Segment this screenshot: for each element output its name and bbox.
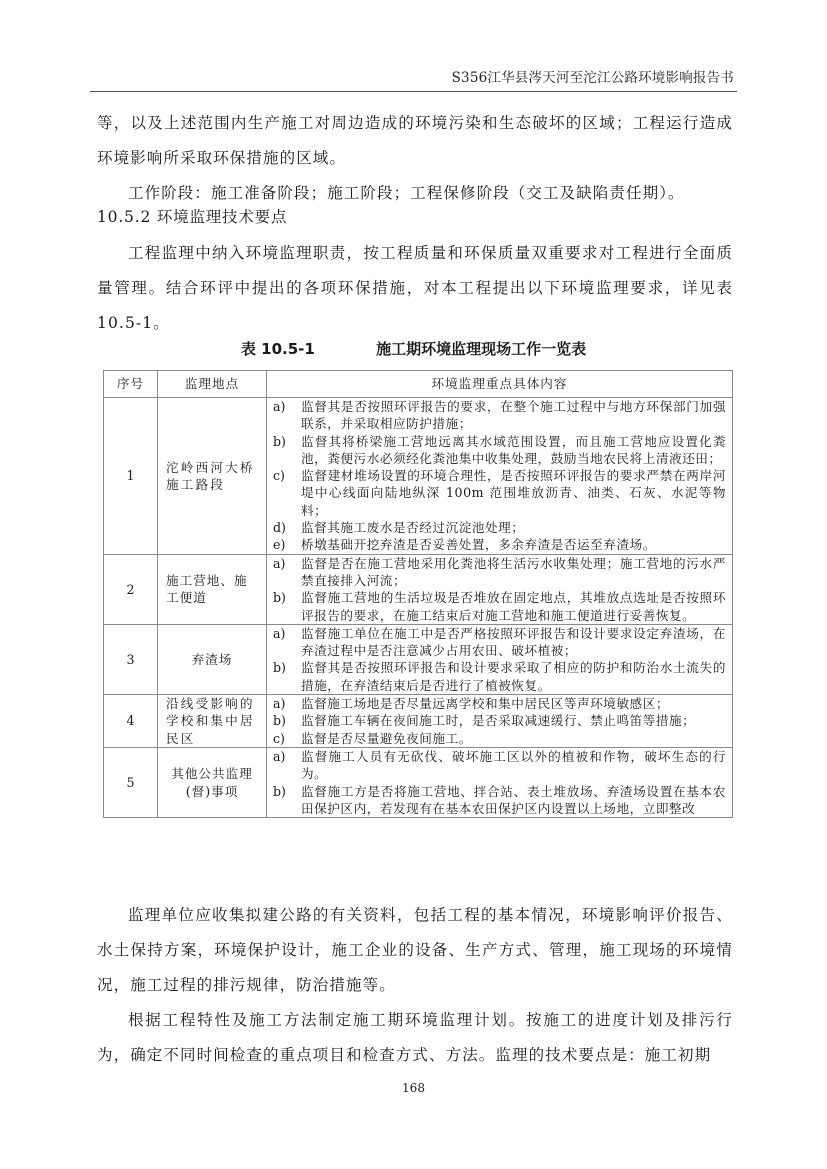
section-heading: 10.5.2 环境监理技术要点 — [97, 205, 287, 227]
row-seq: 3 — [104, 624, 158, 694]
table-row: 4 沿线受影响的学校和集中居民区 a)监督施工场地是否尽量远离学校和集中居民区等… — [104, 695, 733, 748]
row-location: 弃渣场 — [158, 624, 267, 694]
row-location: 沿线受影响的学校和集中居民区 — [158, 695, 267, 748]
row-content: a)监督其是否按照环评报告的要求，在整个施工过程中与地方环保部门加强联系，并采取… — [267, 398, 733, 555]
running-header: S356江华县涔天河至沱江公路环境影响报告书 — [90, 66, 734, 86]
row-location: 其他公共监理(督)事项 — [158, 747, 267, 817]
table-row: 5 其他公共监理(督)事项 a)监督施工人员有无砍伐、破坏施工区以外的植被和作物… — [104, 747, 733, 817]
row-content: a)监督施工场地是否尽量远离学校和集中居民区等声环境敏感区； b)监督施工车辆在… — [267, 695, 733, 748]
list-item: d)监督其施工废水是否经过沉淀池处理； — [273, 519, 726, 536]
header-content: 环境监理重点具体内容 — [267, 371, 733, 398]
row-location: 施工营地、施工便道 — [158, 554, 267, 624]
list-item: a)监督其是否按照环评报告的要求，在整个施工过程中与地方环保部门加强联系，并采取… — [273, 398, 726, 433]
table-row: 3 弃渣场 a)监督施工单位在施工中是否严格按照环评报告和设计要求设定弃渣场，在… — [104, 624, 733, 694]
paragraph-data-collection: 监理单位应收集拟建公路的有关资料，包括工程的基本情况，环境影响评价报告、水土保持… — [97, 898, 733, 1003]
section-number: 10.5.2 — [97, 208, 151, 226]
list-item: a)监督施工人员有无砍伐、破坏施工区以外的植被和作物，破坏生态的行为。 — [273, 748, 726, 783]
page-number: 168 — [0, 1081, 827, 1095]
row-seq: 5 — [104, 747, 158, 817]
list-item: b)监督施工方是否将施工营地、拌合站、表土堆放场、弃渣场设置在基本农田保护区内，… — [273, 783, 726, 818]
list-item: b)监督其将桥梁施工营地远离其水域范围设置，而且施工营地应设置化粪池，粪便污水必… — [273, 433, 726, 468]
list-item: b)监督其是否按照环评报告和设计要求采取了相应的防护和防治水土流失的措施，在弃渣… — [273, 659, 726, 694]
row-seq: 4 — [104, 695, 158, 748]
list-item: c)监督建材堆场设置的环境合理性，是否按照环评报告的要求严禁在两岸河堤中心线面向… — [273, 467, 726, 519]
row-content: a)监督施工单位在施工中是否严格按照环评报告和设计要求设定弃渣场，在弃渣过程中是… — [267, 624, 733, 694]
row-content: a)监督是否在施工营地采用化粪池将生活污水收集处理；施工营地的污水严禁直接排入河… — [267, 554, 733, 624]
row-location: 沱岭西河大桥施工路段 — [158, 398, 267, 555]
list-item: a)监督施工场地是否尽量远离学校和集中居民区等声环境敏感区； — [273, 695, 726, 712]
row-seq: 1 — [104, 398, 158, 555]
header-location: 监理地点 — [158, 371, 267, 398]
paragraph-intro: 工程监理中纳入环境监理职责，按工程质量和环保质量双重要求对工程进行全面质量管理。… — [97, 236, 733, 341]
header-seq: 序号 — [104, 371, 158, 398]
table-caption-title: 施工期环境监理现场工作一览表 — [376, 340, 586, 358]
section-title: 环境监理技术要点 — [157, 208, 287, 226]
table-caption-number: 表 10.5-1 — [241, 338, 315, 359]
list-item: a)监督施工单位在施工中是否严格按照环评报告和设计要求设定弃渣场，在弃渣过程中是… — [273, 625, 726, 660]
row-content: a)监督施工人员有无砍伐、破坏施工区以外的植被和作物，破坏生态的行为。 b)监督… — [267, 747, 733, 817]
list-item: b)监督施工车辆在夜间施工时，是否采取减速缓行、禁止鸣笛等措施； — [273, 712, 726, 729]
supervision-table: 序号 监理地点 环境监理重点具体内容 1 沱岭西河大桥施工路段 a)监督其是否按… — [103, 370, 733, 818]
list-item: e)桥墩基础开挖弃渣是否妥善处置，多余弃渣是否运至弃渣场。 — [273, 536, 726, 553]
header-rule — [90, 91, 737, 92]
table-row: 2 施工营地、施工便道 a)监督是否在施工营地采用化粪池将生活污水收集处理；施工… — [104, 554, 733, 624]
list-item: a)监督是否在施工营地采用化粪池将生活污水收集处理；施工营地的污水严禁直接排入河… — [273, 555, 726, 590]
list-item: b)监督施工营地的生活垃圾是否堆放在固定地点，其堆放点选址是否按照环评报告的要求… — [273, 589, 726, 624]
table-caption: 表 10.5-1 施工期环境监理现场工作一览表 — [0, 338, 827, 359]
paragraph-continuation: 等，以及上述范围内生产施工对周边造成的环境污染和生态破坏的区域；工程运行造成环境… — [97, 106, 733, 176]
list-item: c)监督是否尽量避免夜间施工。 — [273, 730, 726, 747]
table-header-row: 序号 监理地点 环境监理重点具体内容 — [104, 371, 733, 398]
paragraph-monitoring-plan: 根据工程特性及施工方法制定施工期环境监理计划。按施工的进度计划及排污行为，确定不… — [97, 1003, 733, 1073]
table-row: 1 沱岭西河大桥施工路段 a)监督其是否按照环评报告的要求，在整个施工过程中与地… — [104, 398, 733, 555]
row-seq: 2 — [104, 554, 158, 624]
